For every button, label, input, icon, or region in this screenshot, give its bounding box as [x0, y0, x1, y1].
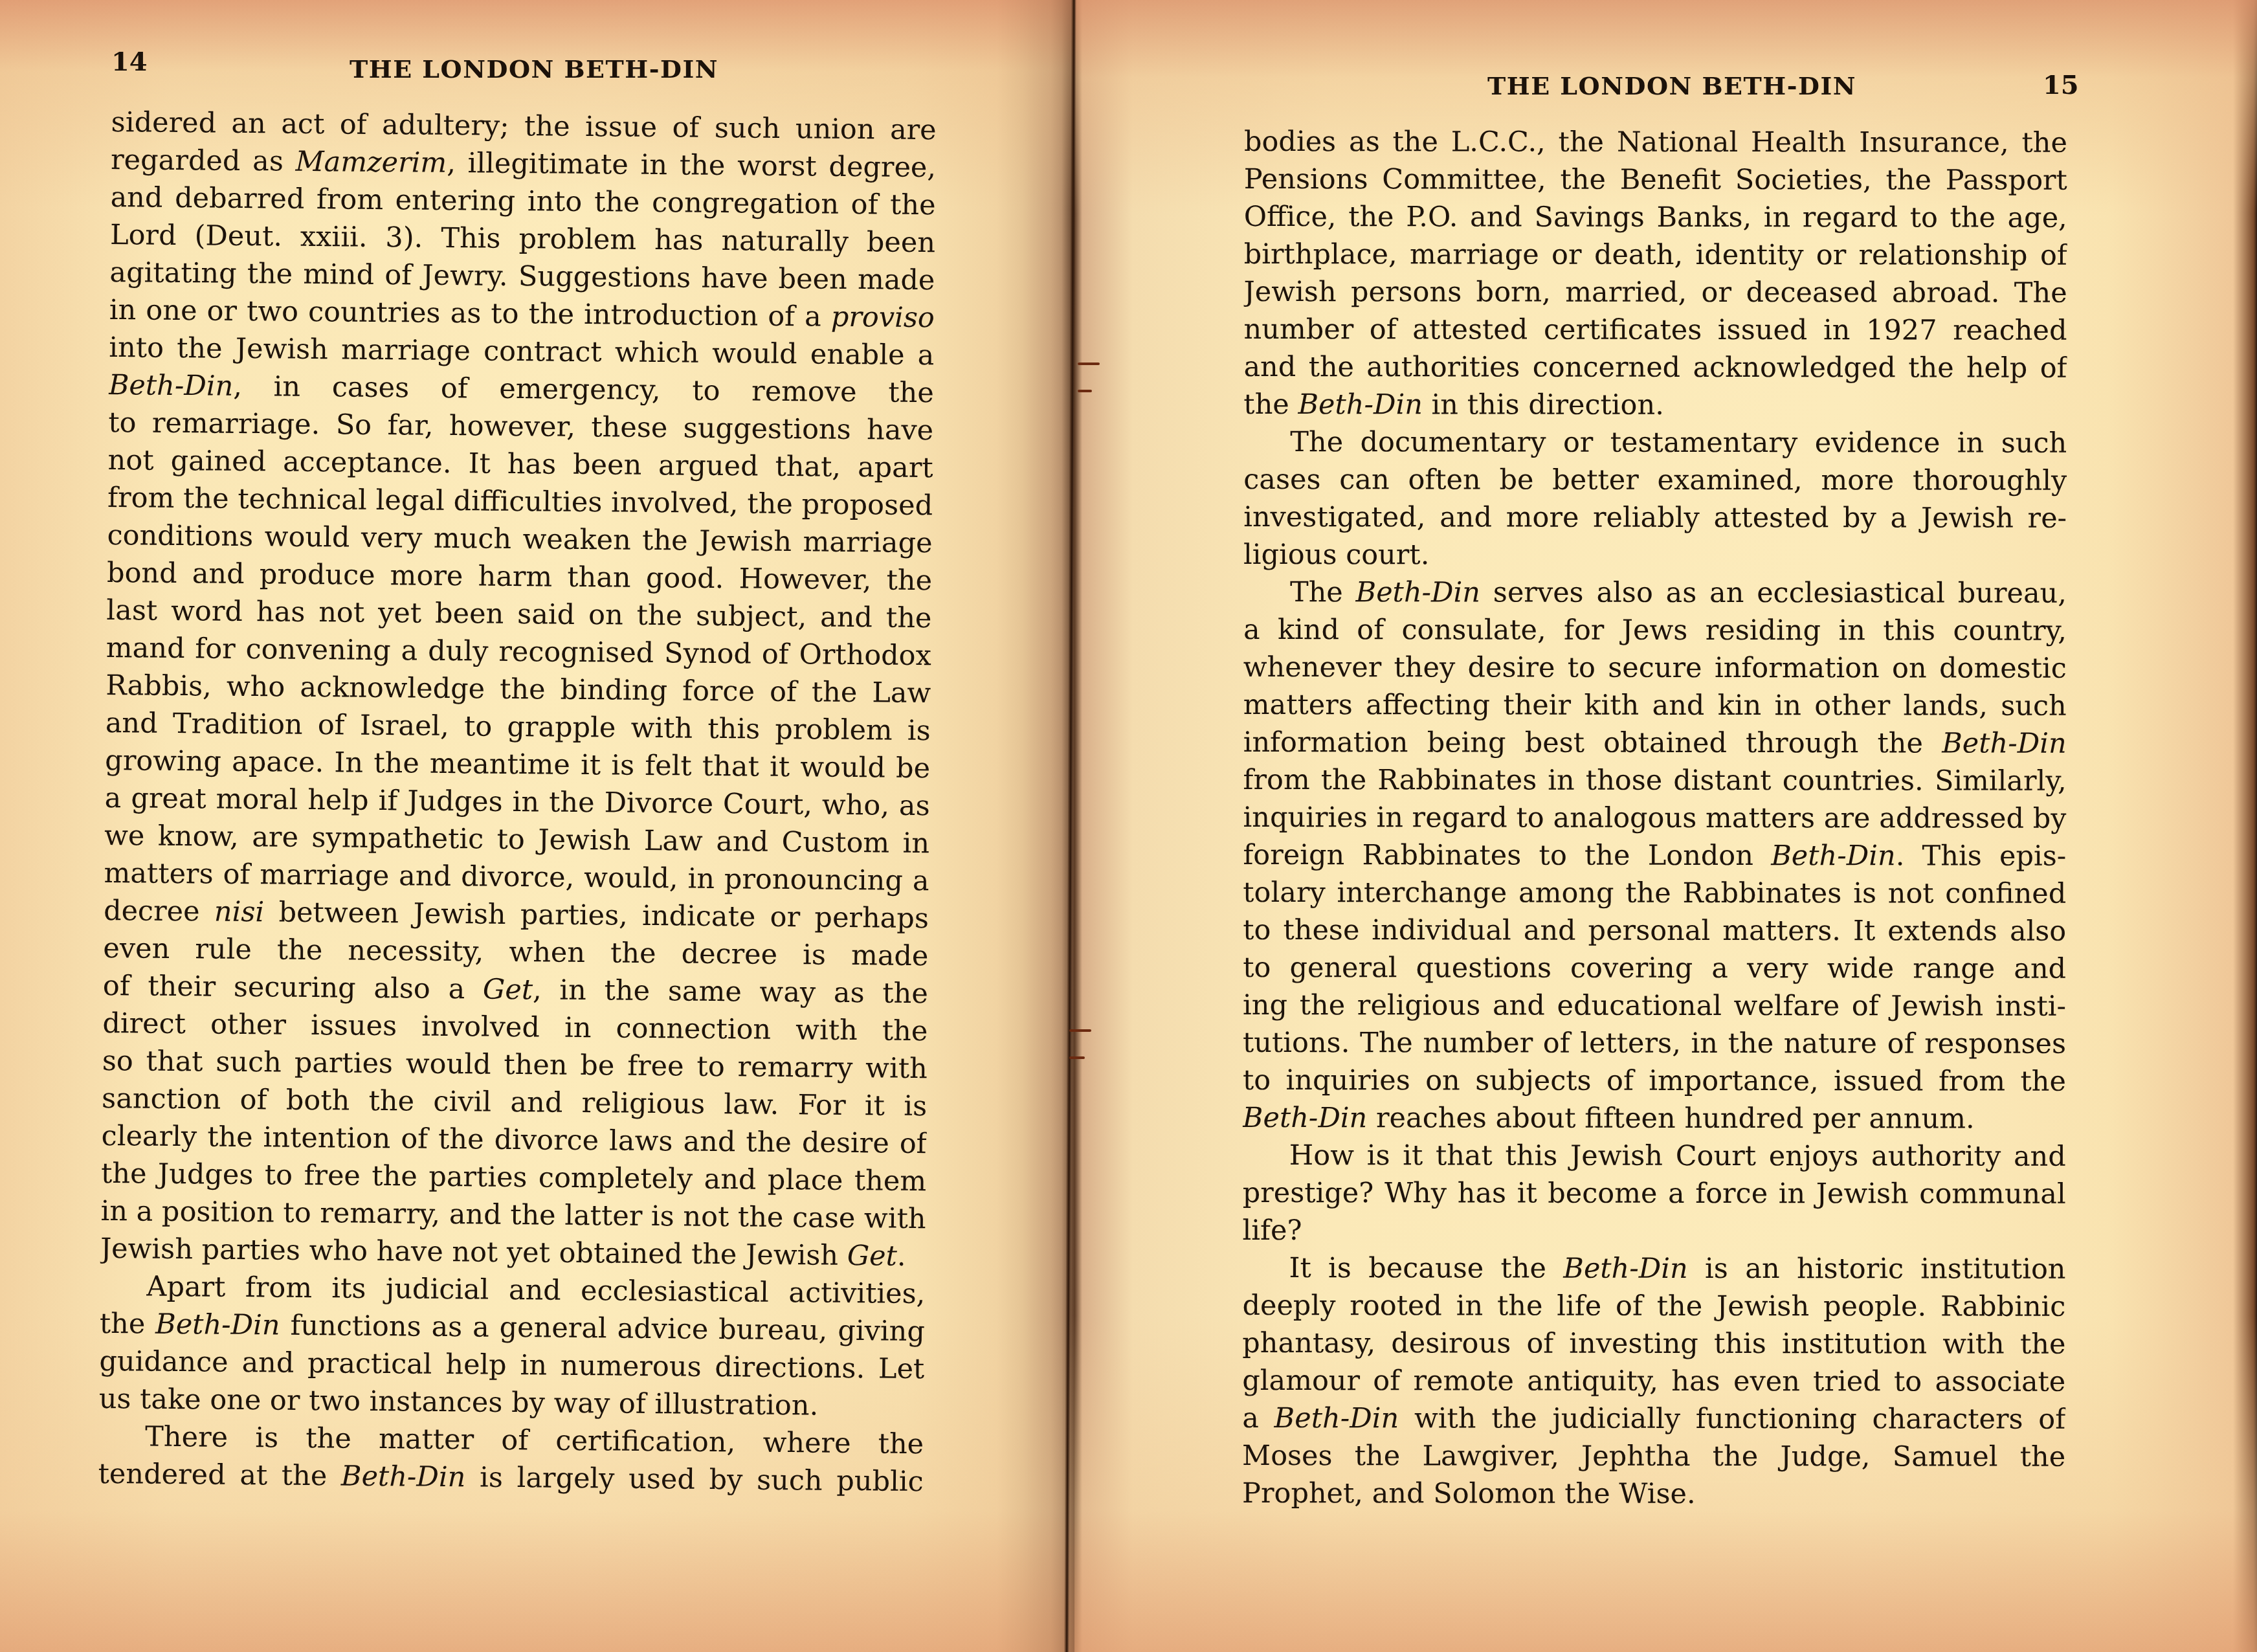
italic-term: Beth-Din: [1274, 1402, 1399, 1434]
text-line: phantasy, desirous of investing this ins…: [1242, 1324, 2065, 1363]
text-line: glamour of remote antiquity, has even tr…: [1242, 1362, 2065, 1401]
binding-stitch: [1069, 1029, 1091, 1032]
text-line: Office, the P.O. and Savings Banks, in r…: [1244, 198, 2067, 237]
italic-term: Get: [483, 974, 533, 1007]
text-line: to these individual and personal matters…: [1243, 911, 2066, 950]
italic-term: Beth-Din: [1563, 1253, 1688, 1285]
italic-term: Beth-Din: [1243, 1102, 1368, 1134]
text-line: matters affecting their kith and kin in …: [1243, 686, 2067, 725]
text-line: to inquiries on subjects of importance, …: [1243, 1062, 2066, 1100]
text-line: the Beth-Din in this direction.: [1243, 386, 2067, 425]
italic-term: Mamzerim: [295, 146, 447, 179]
binding-stitch: [1078, 390, 1092, 392]
italic-term: Beth-Din: [109, 369, 234, 403]
text-line: Prophet, and Solomon the Wise.: [1242, 1475, 2065, 1513]
text-line: tutions. The number of letters, in the n…: [1243, 1024, 2066, 1063]
italic-term: Beth-Din: [341, 1460, 466, 1494]
text-line: deeply rooted in the life of the Jewish …: [1242, 1287, 2065, 1326]
text-line: It is because the Beth-Din is an histori…: [1242, 1249, 2065, 1288]
text-line: Beth-Din reaches about fifteen hundred p…: [1243, 1099, 2066, 1138]
text-line: cases can often be better examined, more…: [1243, 461, 2067, 500]
gutter-shadow: [997, 0, 1074, 1652]
text-line: life?: [1243, 1212, 2066, 1251]
italic-term: Get: [847, 1240, 898, 1273]
text-line: tendered at the Beth-Din is largely used…: [98, 1455, 923, 1501]
page-number-left: 14: [111, 47, 148, 77]
italic-term: proviso: [831, 301, 935, 335]
text-line: bodies as the L.C.C., the National Healt…: [1244, 123, 2067, 162]
text-line: tolary interchange among the Rabbinates …: [1243, 874, 2066, 913]
running-head-right: THE LONDON BETH-DIN: [1487, 71, 1856, 100]
text-line: The Beth-Din serves also as an ecclesias…: [1243, 574, 2067, 612]
italic-term: Beth-Din: [1356, 576, 1481, 608]
text-line: a Beth-Din with the judicially functioni…: [1242, 1400, 2065, 1438]
text-line: from the Rabbinates in those distant cou…: [1243, 761, 2067, 800]
text-line: inquiries in regard to analogous matters…: [1243, 799, 2066, 838]
binding-stitch: [1069, 1056, 1085, 1059]
italic-term: Beth-Din: [1298, 388, 1423, 421]
book-spread: 14 THE LONDON BETH-DIN sidered an act of…: [0, 0, 2257, 1652]
left-page: 14 THE LONDON BETH-DIN sidered an act of…: [0, 0, 1074, 1652]
text-line: number of attested certificates issued i…: [1244, 311, 2067, 350]
text-line: Jewish persons born, married, or decease…: [1244, 273, 2067, 312]
italic-term: Beth-Din: [1771, 840, 1896, 872]
text-line: a kind of consulate, for Jews residing i…: [1243, 611, 2067, 650]
running-head-left: THE LONDON BETH-DIN: [350, 54, 718, 84]
italic-term: nisi: [214, 896, 265, 929]
text-line: to general questions covering a very wid…: [1243, 949, 2066, 988]
text-line: foreign Rabbinates to the London Beth-Di…: [1243, 836, 2066, 875]
italic-term: Beth-Din: [1942, 728, 2067, 760]
binding-stitch: [1078, 363, 1100, 365]
text-line: Moses the Lawgiver, Jephtha the Judge, S…: [1242, 1437, 2065, 1476]
text-line: prestige? Why has it become a force in J…: [1243, 1174, 2066, 1213]
text-line: The documentary or testamentary evidence…: [1243, 423, 2067, 462]
text-line: ligious court.: [1243, 536, 2067, 575]
text-line: and the authorities concerned acknowledg…: [1243, 348, 2067, 387]
text-line: whenever they desire to secure informati…: [1243, 649, 2067, 687]
text-line: birthplace, marriage or death, identity …: [1244, 236, 2067, 274]
text-line: ing the religious and educational welfar…: [1243, 987, 2066, 1025]
text-line: investigated, and more reliably attested…: [1243, 498, 2067, 537]
left-page-body: sidered an act of adultery; the issue of…: [98, 104, 937, 1501]
text-line: Pensions Committee, the Benefit Societie…: [1244, 161, 2067, 199]
text-line: How is it that this Jewish Court enjoys …: [1243, 1137, 2066, 1176]
text-line: information being best obtained through …: [1243, 724, 2067, 763]
italic-term: Beth-Din: [155, 1308, 280, 1342]
page-number-right: 15: [2043, 70, 2079, 100]
right-page-body: bodies as the L.C.C., the National Healt…: [1242, 123, 2067, 1513]
